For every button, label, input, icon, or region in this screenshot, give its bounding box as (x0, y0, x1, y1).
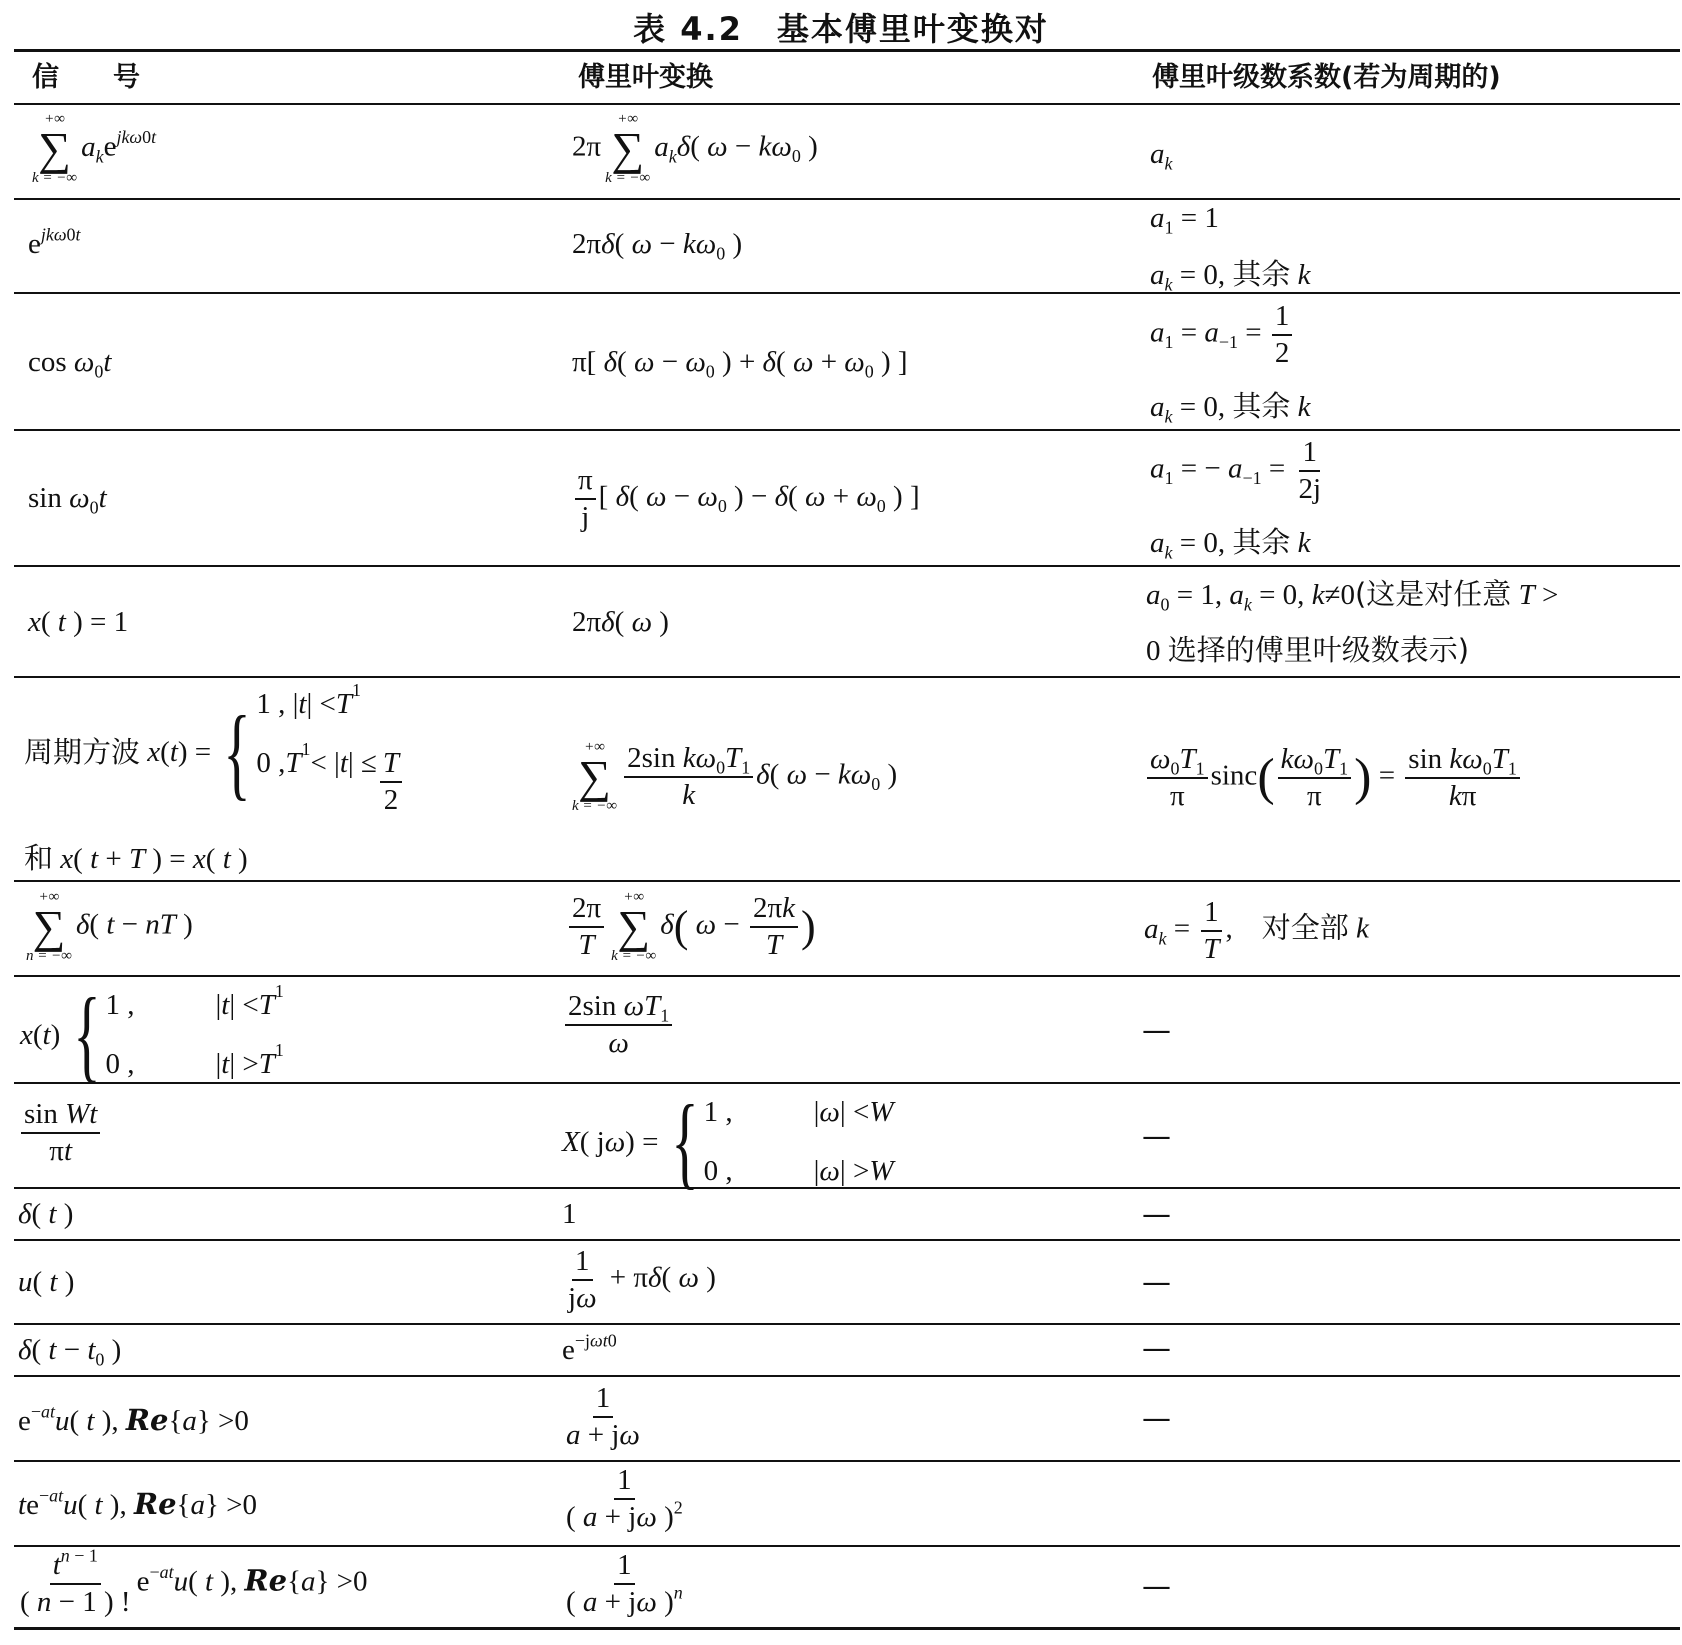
row6-signal-periodicity: 和 x( t + T ) = x( t ) (24, 844, 248, 874)
row2-coefficient-2: ak = 0, 其余 k (1150, 260, 1310, 290)
table-title: 表 4.2基本傅里叶变换对 (0, 4, 1682, 50)
header-signal: 信 号 (32, 64, 140, 91)
row3-transform: π[ δ( ω − ω0 ) + δ( ω + ω0 ) ] (572, 348, 908, 377)
row14-signal: te−atu( t ), Re{a} >0 (18, 1490, 257, 1520)
row6-coefficient: ω0T1πsinc(kω0T1π) = sin kω0T1kπ (1144, 745, 1523, 811)
table-bottom-rule (14, 1627, 1680, 1630)
row6-transform: +∞∑k = −∞2sin kω0T1kδ( ω − kω0 ) (568, 740, 897, 814)
row9-signal: sin Wtπt (18, 1100, 103, 1166)
row11-transform: 1jω + πδ( ω ) (562, 1247, 716, 1313)
row9-coefficient: — (1142, 1122, 1171, 1151)
row11-coefficient: — (1142, 1268, 1171, 1297)
row10-coefficient: — (1142, 1200, 1171, 1229)
row11-signal: u( t ) (18, 1268, 74, 1297)
row3-signal: cos ω0t (28, 348, 111, 377)
row-divider (14, 1239, 1680, 1241)
row3-coefficient-2: ak = 0, 其余 k (1150, 392, 1310, 422)
row-divider (14, 1460, 1680, 1462)
row2-transform: 2πδ( ω − kω0 ) (572, 230, 742, 259)
row13-signal: e−atu( t ), Re{a} >0 (18, 1406, 249, 1436)
row2-signal: ejkω0t (28, 230, 81, 259)
row-divider (14, 1323, 1680, 1325)
row10-signal: δ( t ) (18, 1200, 73, 1229)
row12-signal: δ( t − t0 ) (18, 1336, 121, 1365)
row12-transform: e−jωt0 (562, 1336, 617, 1365)
row1-signal: +∞∑k = −∞akejkω0t (28, 112, 156, 186)
row1-transform: 2π+∞∑k = −∞akδ( ω − kω0 ) (572, 112, 818, 186)
row-divider (14, 292, 1680, 294)
row5-transform: 2πδ( ω ) (572, 608, 669, 637)
row5-coefficient-1: a0 = 1, ak = 0, k≠0(这是对任意 T > (1146, 580, 1558, 610)
table-caption: 基本傅里叶变换对 (777, 10, 1049, 48)
row-divider (14, 1545, 1680, 1547)
row5-coefficient-2: 0 选择的傅里叶级数表示) (1146, 636, 1469, 666)
row2-coefficient-1: a1 = 1 (1150, 204, 1219, 233)
row7-signal: +∞∑n = −∞δ( t − nT ) (22, 890, 193, 964)
table-top-rule (14, 49, 1680, 52)
row4-signal: sin ω0t (28, 484, 107, 513)
row6-signal: 周期方波 x( t ) = { 1 , |t| < T1 0 , T1 < |t… (24, 690, 405, 815)
row-divider (14, 429, 1680, 431)
row-divider (14, 676, 1680, 678)
header-rule (14, 103, 1680, 105)
row13-transform: 1a + jω (560, 1384, 646, 1450)
header-fourier-transform: 傅里叶变换 (578, 64, 713, 91)
row7-transform: 2πT+∞∑k = −∞δ( ω − 2πkT) (566, 890, 816, 964)
row-divider (14, 880, 1680, 882)
row1-coefficient: ak (1150, 140, 1172, 169)
header-fourier-series-coefficients: 傅里叶级数系数(若为周期的) (1152, 64, 1501, 91)
row8-transform: 2sin ωT1ω (562, 992, 675, 1058)
row-divider (14, 975, 1680, 977)
row4-coefficient-2: ak = 0, 其余 k (1150, 528, 1310, 558)
row15-coefficient: — (1142, 1572, 1171, 1601)
row-divider (14, 198, 1680, 200)
row-divider (14, 1375, 1680, 1377)
row9-transform: X( jω ) = { 1 ,|ω| < W 0 ,|ω| > W (562, 1090, 894, 1194)
row10-transform: 1 (562, 1200, 577, 1229)
table-number: 表 4.2 (633, 10, 743, 48)
row15-signal: tn − 1( n − 1 ) !e−atu( t ), Re{a} >0 (14, 1551, 368, 1617)
row7-coefficient: ak = 1T, 对全部 k (1144, 898, 1369, 964)
row13-coefficient: — (1142, 1404, 1171, 1433)
row15-transform: 1( a + jω )n (560, 1551, 689, 1617)
row-divider (14, 565, 1680, 567)
row8-coefficient: — (1142, 1016, 1171, 1045)
row5-signal: x( t ) = 1 (28, 608, 128, 637)
row3-coefficient-1: a1 = a−1 = 12 (1150, 302, 1295, 368)
row4-transform: πj[ δ( ω − ω0 ) − δ( ω + ω0 ) ] (572, 466, 920, 532)
row4-coefficient-1: a1 = − a−1 = 12j (1150, 438, 1327, 504)
row14-transform: 1( a + jω )2 (560, 1466, 689, 1532)
row8-signal: x( t ) { 1 ,|t| < T1 0 ,|t| > T1 (20, 983, 284, 1087)
row12-coefficient: — (1142, 1334, 1171, 1363)
